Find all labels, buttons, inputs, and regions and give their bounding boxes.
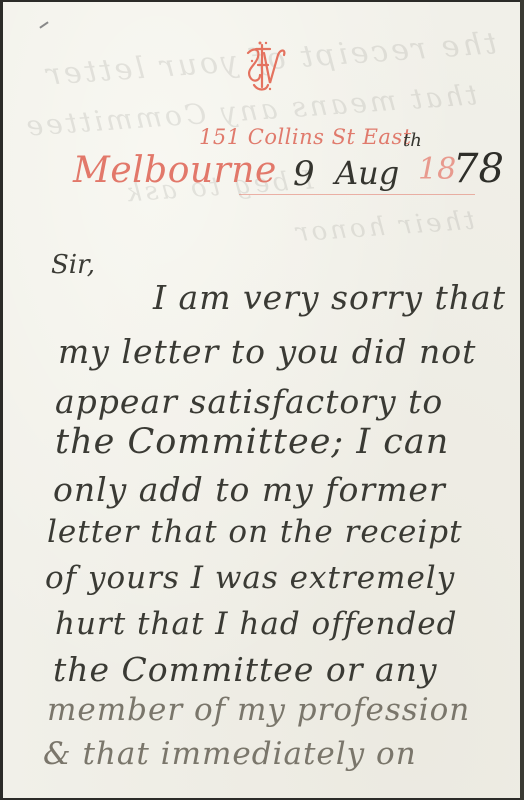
body-line: the Committee or any (53, 650, 438, 689)
body-line: only add to my former (53, 470, 446, 509)
letterhead-city: Melbourne (73, 150, 277, 191)
date-year-handwritten: 78 (453, 146, 504, 192)
body-line: hurt that I had offended (55, 606, 457, 642)
body-line: the Committee; I can (55, 422, 449, 462)
body-line: appear satisfactory to (55, 382, 443, 421)
date-rule (239, 194, 475, 195)
body-line: letter that on the receipt (47, 514, 463, 550)
date-line: Melbourne 9 Aug th 18 78 (43, 150, 483, 210)
date-year-printed: 18 (418, 152, 456, 187)
date-day-suffix: th (403, 130, 422, 151)
letterhead-address: 151 Collins St East (199, 125, 412, 149)
date-month: Aug (335, 154, 399, 192)
body-line: my letter to you did not (58, 332, 476, 371)
body-line: member of my profession (47, 692, 470, 728)
salutation: Sir, (51, 250, 95, 280)
monogram-icon (240, 39, 288, 93)
body-line: & that immediately on (43, 736, 417, 772)
letter-page: the receipt of your letter that means an… (3, 2, 520, 798)
scan-edge (520, 0, 524, 800)
bleed-through-line: their honor (292, 206, 475, 249)
ink-mark (39, 21, 48, 28)
body-line: I am very sorry that (153, 278, 506, 317)
body-line: of yours I was extremely (45, 560, 455, 596)
date-day: 9 (293, 154, 315, 194)
